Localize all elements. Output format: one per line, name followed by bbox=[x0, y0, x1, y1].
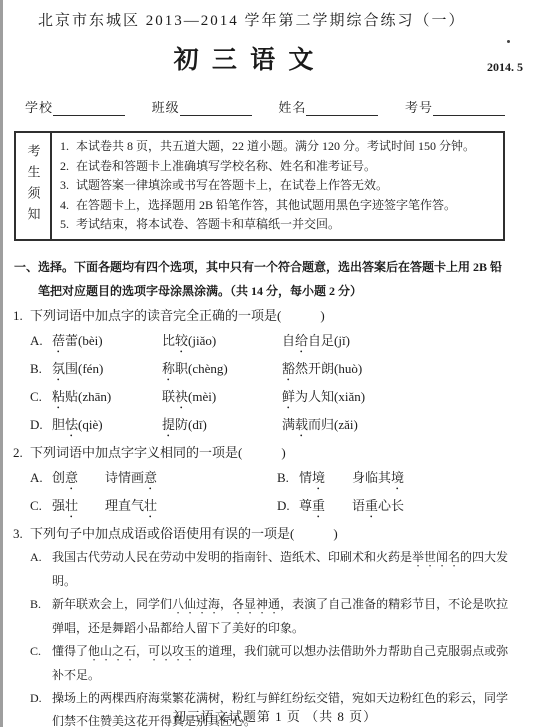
option-word: 氛围(fén) bbox=[52, 356, 162, 384]
plain-text: 身临其 bbox=[352, 470, 391, 485]
dotted-emphasis-text: 境 bbox=[312, 470, 325, 485]
option-word: 诗情画意 bbox=[105, 465, 157, 493]
notice-item: 5.考试结束，将本试卷、答题卡和草稿纸一并交回。 bbox=[60, 215, 499, 235]
option-word: 满载而归(zǎi) bbox=[282, 412, 550, 440]
notice-side-cell: 考生须知 bbox=[16, 133, 52, 239]
plain-text: 强 bbox=[52, 498, 65, 513]
plain-text: (jiǎo) bbox=[188, 333, 216, 348]
field-label: 班级 bbox=[152, 97, 180, 116]
dotted-emphasis-text: 壮 bbox=[144, 498, 157, 513]
option-word: 蓓蕾(bèi) bbox=[52, 328, 162, 356]
plain-text: ， bbox=[136, 644, 148, 658]
dotted-emphasis-text: 袂 bbox=[175, 389, 188, 404]
plain-text: 为人知(xiǎn) bbox=[295, 389, 365, 404]
dotted-emphasis-text: 载 bbox=[295, 417, 308, 432]
plain-text: (qiè) bbox=[78, 417, 103, 432]
option-label: B. bbox=[277, 465, 299, 493]
notice-item-text: 考试结束，将本试卷、答题卡和草稿纸一并交回。 bbox=[76, 215, 499, 235]
dotted-emphasis-text: 豁 bbox=[282, 361, 295, 376]
plain-text: 自 bbox=[282, 333, 295, 348]
option-word: 尊重 bbox=[299, 493, 352, 521]
option-label: B. bbox=[30, 593, 52, 616]
plain-text: 满 bbox=[282, 417, 295, 432]
question-stem: 1.下列词语中加点字的读音完全正确的一项是( ) bbox=[0, 303, 550, 328]
question-stem: 3.下列句子中加点成语或俗语使用有误的一项是( ) bbox=[0, 521, 550, 546]
notice-item: 2.在试卷和答题卡上准确填写学校名称、姓名和准考证号。 bbox=[60, 157, 499, 177]
option-label: A. bbox=[30, 465, 52, 493]
plain-text: 自足(jǐ) bbox=[308, 333, 350, 348]
option-pair: C.强壮理直气壮 bbox=[30, 493, 277, 521]
question-text: 下列词语中加点字字义相同的一项是( ) bbox=[30, 440, 286, 465]
option-label: C. bbox=[30, 493, 52, 521]
plain-text: 围(fén) bbox=[65, 361, 103, 376]
option-word: 自给自足(jǐ) bbox=[282, 328, 550, 356]
notice-item-number: 1. bbox=[60, 137, 76, 157]
option-pair: B.情境身临其境 bbox=[277, 465, 404, 493]
student-info-fields: 学校班级姓名考号 bbox=[25, 97, 505, 116]
option-pair: A.创意诗情画意 bbox=[30, 465, 277, 493]
option-label: A. bbox=[30, 546, 52, 569]
dotted-emphasis-text: 壮 bbox=[65, 498, 78, 513]
plain-text: 比 bbox=[162, 333, 175, 348]
field-underline bbox=[433, 101, 505, 116]
option-word: 粘贴(zhān) bbox=[52, 384, 162, 412]
option-paragraph: C.懂得了他山之石，可以攻玉的道理，我们就可以想办法借助外力帮助自己克服弱点或弥… bbox=[0, 640, 514, 687]
option-row: C.强壮理直气壮D.尊重语重心长 bbox=[0, 493, 550, 521]
field-class: 班级 bbox=[152, 97, 252, 116]
plain-text: 胆 bbox=[52, 417, 65, 432]
option-word: 身临其境 bbox=[352, 465, 404, 493]
option-paragraph: B.新年联欢会上，同学们八仙过海，各显神通，表演了自己准备的精彩节目，不论是吹拉… bbox=[0, 593, 514, 640]
option-word: 语重心长 bbox=[352, 493, 404, 521]
option-pair: D.尊重语重心长 bbox=[277, 493, 404, 521]
dotted-emphasis-text: 八仙过海 bbox=[172, 597, 220, 611]
notice-item-number: 3. bbox=[60, 176, 76, 196]
plain-text: 心长 bbox=[378, 498, 404, 513]
option-word: 比较(jiǎo) bbox=[162, 328, 282, 356]
option-paragraph: A.我国古代劳动人民在劳动中发明的指南针、造纸术、印刷术和火药是举世闻名的四大发… bbox=[0, 546, 514, 593]
field-school: 学校 bbox=[25, 97, 125, 116]
field-underline bbox=[180, 101, 252, 116]
exam-paper-page: 北京市东城区 2013—2014 学年第二学期综合练习（一） 初 三 语 文 2… bbox=[0, 0, 550, 727]
field-label: 考号 bbox=[405, 97, 433, 116]
plain-text: 尊 bbox=[299, 498, 312, 513]
plain-text: 我国古代劳动人民在劳动中发明的指南针、造纸术、印刷术和火药是 bbox=[52, 550, 412, 564]
notice-item-text: 本试卷共 8 页，共五道大题，22 道小题。满分 120 分。考试时间 150 … bbox=[76, 137, 499, 157]
exam-header-line: 北京市东城区 2013—2014 学年第二学期综合练习（一） bbox=[38, 9, 466, 30]
question-stem: 2.下列词语中加点字字义相同的一项是( ) bbox=[0, 440, 550, 465]
plain-text: 创 bbox=[52, 470, 65, 485]
field-underline bbox=[53, 101, 125, 116]
dotted-emphasis-text: 他山之石 bbox=[88, 644, 136, 658]
dotted-emphasis-text: 意 bbox=[65, 470, 78, 485]
option-label: D. bbox=[277, 493, 299, 521]
field-underline bbox=[306, 101, 378, 116]
option-label: A. bbox=[30, 328, 52, 356]
option-label: B. bbox=[30, 356, 52, 384]
option-word: 豁然开朗(huò) bbox=[282, 356, 550, 384]
dotted-emphasis-text: 重 bbox=[365, 498, 378, 513]
plain-text: 防(dī) bbox=[175, 417, 207, 432]
notice-item-list: 1.本试卷共 8 页，共五道大题，22 道小题。满分 120 分。考试时间 15… bbox=[52, 133, 503, 239]
plain-text: 职(chèng) bbox=[175, 361, 228, 376]
option-label: C. bbox=[30, 640, 52, 663]
question-1: 1.下列词语中加点字的读音完全正确的一项是( )A.蓓蕾(bèi)比较(jiǎo… bbox=[0, 303, 550, 440]
question-text: 下列词语中加点字的读音完全正确的一项是( ) bbox=[30, 303, 325, 328]
option-row: A.蓓蕾(bèi)比较(jiǎo)自给自足(jǐ) bbox=[0, 328, 550, 356]
dotted-emphasis-text: 提 bbox=[162, 417, 175, 432]
dotted-emphasis-text: 粘 bbox=[52, 389, 65, 404]
dotted-emphasis-text: 境 bbox=[391, 470, 404, 485]
notice-side-label: 考生须知 bbox=[24, 144, 43, 228]
notice-item: 1.本试卷共 8 页，共五道大题，22 道小题。满分 120 分。考试时间 15… bbox=[60, 137, 499, 157]
plain-text: 而归(zǎi) bbox=[308, 417, 358, 432]
notice-item-number: 5. bbox=[60, 215, 76, 235]
notice-item: 4.在答题卡上，选择题用 2B 铅笔作答，其他试题用黑色字迹签字笔作答。 bbox=[60, 196, 499, 216]
plain-text: 懂得了 bbox=[52, 644, 88, 658]
plain-text: (mèi) bbox=[188, 389, 216, 404]
question-text: 下列句子中加点成语或俗语使用有误的一项是( ) bbox=[30, 521, 338, 546]
section-instruction: 一、选择。下面各题均有四个选项，其中只有一个符合题意，选出答案后在答题卡上用 2… bbox=[14, 255, 508, 303]
plain-text: 蕾(bèi) bbox=[65, 333, 103, 348]
dotted-emphasis-text: 举世闻名 bbox=[412, 550, 460, 564]
plain-text: 情 bbox=[299, 470, 312, 485]
notice-item-text: 在试卷和答题卡上准确填写学校名称、姓名和准考证号。 bbox=[76, 157, 499, 177]
notice-item-text: 在答题卡上，选择题用 2B 铅笔作答，其他试题用黑色字迹签字笔作答。 bbox=[76, 196, 499, 216]
page-footer: 初三语文试题第 1 页 （共 8 页） bbox=[0, 706, 550, 725]
dotted-emphasis-text: 氛 bbox=[52, 361, 65, 376]
dotted-emphasis-text: 各显神通 bbox=[232, 597, 280, 611]
exam-date: 2014. 5 bbox=[487, 60, 523, 75]
plain-text: 诗情画 bbox=[105, 470, 144, 485]
dotted-emphasis-text: 重 bbox=[312, 498, 325, 513]
question-number: 1. bbox=[13, 303, 30, 328]
question-number: 2. bbox=[13, 440, 30, 465]
plain-text: ， bbox=[220, 597, 232, 611]
field-student-name: 姓名 bbox=[278, 97, 378, 116]
field-label: 学校 bbox=[25, 97, 53, 116]
plain-text: 然开朗(huò) bbox=[295, 361, 362, 376]
option-word: 联袂(mèi) bbox=[162, 384, 282, 412]
plain-text: 联 bbox=[162, 389, 175, 404]
question-list: 1.下列词语中加点字的读音完全正确的一项是( )A.蓓蕾(bèi)比较(jiǎo… bbox=[0, 303, 550, 727]
dotted-emphasis-text: 怯 bbox=[65, 417, 78, 432]
plain-text: 语 bbox=[352, 498, 365, 513]
option-row: D.胆怯(qiè)提防(dī)满载而归(zǎi) bbox=[0, 412, 550, 440]
option-word: 情境 bbox=[299, 465, 352, 493]
question-number: 3. bbox=[13, 521, 30, 546]
option-label: C. bbox=[30, 384, 52, 412]
notice-box: 考生须知 1.本试卷共 8 页，共五道大题，22 道小题。满分 120 分。考试… bbox=[14, 131, 505, 241]
page-title: 初 三 语 文 bbox=[0, 40, 488, 76]
notice-item: 3.试题答案一律填涂或书写在答题卡上，在试卷上作答无效。 bbox=[60, 176, 499, 196]
dotted-emphasis-text: 给 bbox=[295, 333, 308, 348]
question-2: 2.下列词语中加点字字义相同的一项是( )A.创意诗情画意B.情境身临其境C.强… bbox=[0, 440, 550, 521]
option-row: B.氛围(fén)称职(chèng)豁然开朗(huò) bbox=[0, 356, 550, 384]
notice-item-text: 试题答案一律填涂或书写在答题卡上，在试卷上作答无效。 bbox=[76, 176, 499, 196]
question-3: 3.下列句子中加点成语或俗语使用有误的一项是( )A.我国古代劳动人民在劳动中发… bbox=[0, 521, 550, 727]
option-word: 强壮 bbox=[52, 493, 105, 521]
option-word: 创意 bbox=[52, 465, 105, 493]
option-word: 称职(chèng) bbox=[162, 356, 282, 384]
option-word: 提防(dī) bbox=[162, 412, 282, 440]
field-exam-number: 考号 bbox=[405, 97, 505, 116]
dotted-emphasis-text: 鲜 bbox=[282, 389, 295, 404]
option-word: 鲜为人知(xiǎn) bbox=[282, 384, 550, 412]
plain-text: 理直气 bbox=[105, 498, 144, 513]
plain-text: 贴(zhān) bbox=[65, 389, 111, 404]
option-word: 理直气壮 bbox=[105, 493, 157, 521]
scan-speck bbox=[507, 40, 510, 43]
notice-item-number: 2. bbox=[60, 157, 76, 177]
dotted-emphasis-text: 意 bbox=[144, 470, 157, 485]
dotted-emphasis-text: 较 bbox=[175, 333, 188, 348]
plain-text: 新年联欢会上，同学们 bbox=[52, 597, 172, 611]
option-row: A.创意诗情画意B.情境身临其境 bbox=[0, 465, 550, 493]
notice-item-number: 4. bbox=[60, 196, 76, 216]
dotted-emphasis-text: 蓓 bbox=[52, 333, 65, 348]
dotted-emphasis-text: 可以攻玉 bbox=[148, 644, 196, 658]
option-row: C.粘贴(zhān)联袂(mèi)鲜为人知(xiǎn) bbox=[0, 384, 550, 412]
option-word: 胆怯(qiè) bbox=[52, 412, 162, 440]
field-label: 姓名 bbox=[278, 97, 306, 116]
option-label: D. bbox=[30, 412, 52, 440]
dotted-emphasis-text: 称 bbox=[162, 361, 175, 376]
